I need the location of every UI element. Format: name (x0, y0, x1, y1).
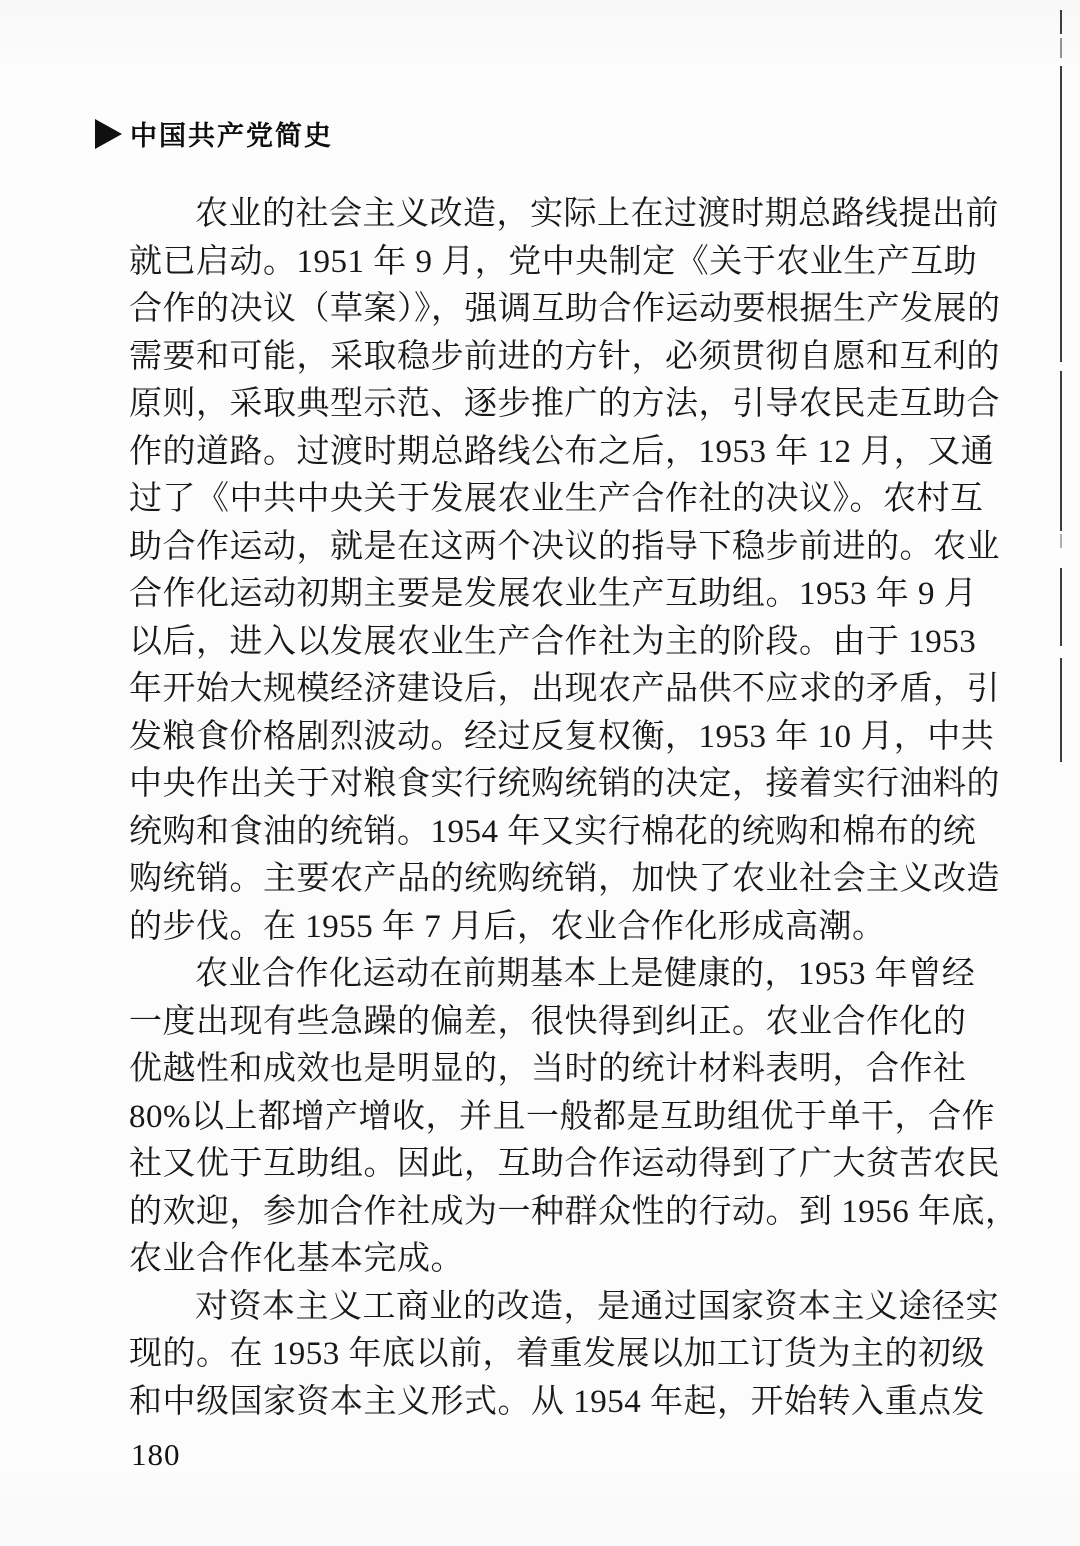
text-line: 和中级国家资本主义形式。从 1954 年起，开始转入重点发 (129, 1379, 931, 1427)
page-header: 中国共产党简史 (95, 114, 333, 153)
scan-artifact-segment (1060, 371, 1062, 531)
scan-artifact-segment (1060, 658, 1062, 762)
right-triangle-icon (95, 119, 122, 149)
text-line: 的步伐。在 1955 年 7 月后，农业合作化形成高潮。 (129, 904, 931, 952)
text-line: 社又优于互助组。因此，互助合作运动得到了广大贫苦农民 (129, 1141, 931, 1189)
text-line: 原则，采取典型示范、逐步推广的方法，引导农民走互助合 (129, 381, 931, 429)
scan-artifact-segment (1060, 568, 1062, 646)
text-line: 发粮食价格剧烈波动。经过反复权衡，1953 年 10 月，中共 (129, 714, 931, 762)
text-line: 对资本主义工商业的改造，是通过国家资本主义途径实 (129, 1284, 931, 1332)
text-line: 以后，进入以发展农业生产合作社为主的阶段。由于 1953 (129, 619, 931, 667)
text-line: 农业合作化运动在前期基本上是健康的，1953 年曾经 (129, 951, 931, 999)
text-line: 统购和食油的统销。1954 年又实行棉花的统购和棉布的统 (129, 809, 931, 857)
book-title: 中国共产党简史 (130, 114, 333, 153)
text-line: 年开始大规模经济建设后，出现农产品供不应求的矛盾，引 (129, 666, 931, 714)
text-line: 合作的决议（草案）》，强调互助合作运动要根据生产发展的 (129, 286, 931, 334)
page-number: 180 (131, 1437, 181, 1473)
body-text: 农业的社会主义改造，实际上在过渡时期总路线提出前 就已启动。1951 年 9 月… (129, 191, 931, 1426)
text-line: 需要和可能，采取稳步前进的方针，必须贯彻自愿和互利的 (129, 334, 931, 382)
text-line: 农业合作化基本完成。 (129, 1236, 931, 1284)
text-line: 助合作运动，就是在这两个决议的指导下稳步前进的。农业 (129, 524, 931, 572)
scan-artifact-segment (1060, 534, 1062, 548)
text-line: 农业的社会主义改造，实际上在过渡时期总路线提出前 (129, 191, 931, 239)
text-line: 合作化运动初期主要是发展农业生产互助组。1953 年 9 月 (129, 571, 931, 619)
text-line: 过了《中共中央关于发展农业生产合作社的决议》。农村互 (129, 476, 931, 524)
text-line: 一度出现有些急躁的偏差，很快得到纠正。农业合作化的 (129, 999, 931, 1047)
text-line: 就已启动。1951 年 9 月，党中央制定《关于农业生产互助 (129, 239, 931, 287)
scanned-book-page: 中国共产党简史 农业的社会主义改造，实际上在过渡时期总路线提出前 就已启动。19… (0, 0, 1080, 1546)
text-line: 优越性和成效也是明显的，当时的统计材料表明，合作社 (129, 1046, 931, 1094)
text-line: 中央作出关于对粮食实行统购统销的决定，接着实行油料的 (129, 761, 931, 809)
text-line: 作的道路。过渡时期总路线公布之后，1953 年 12 月，又通 (129, 429, 931, 477)
text-line: 的欢迎，参加合作社成为一种群众性的行动。到 1956 年底， (129, 1189, 931, 1237)
scan-artifact-segment (1060, 66, 1062, 362)
text-line: 购统销。主要农产品的统购统销，加快了农业社会主义改造 (129, 856, 931, 904)
scan-artifact-segment (1060, 38, 1062, 58)
scan-artifact-segment (1060, 10, 1062, 34)
text-line: 80%以上都增产增收，并且一般都是互助组优于单干，合作 (129, 1094, 931, 1142)
text-line: 现的。在 1953 年底以前，着重发展以加工订货为主的初级 (129, 1331, 931, 1379)
